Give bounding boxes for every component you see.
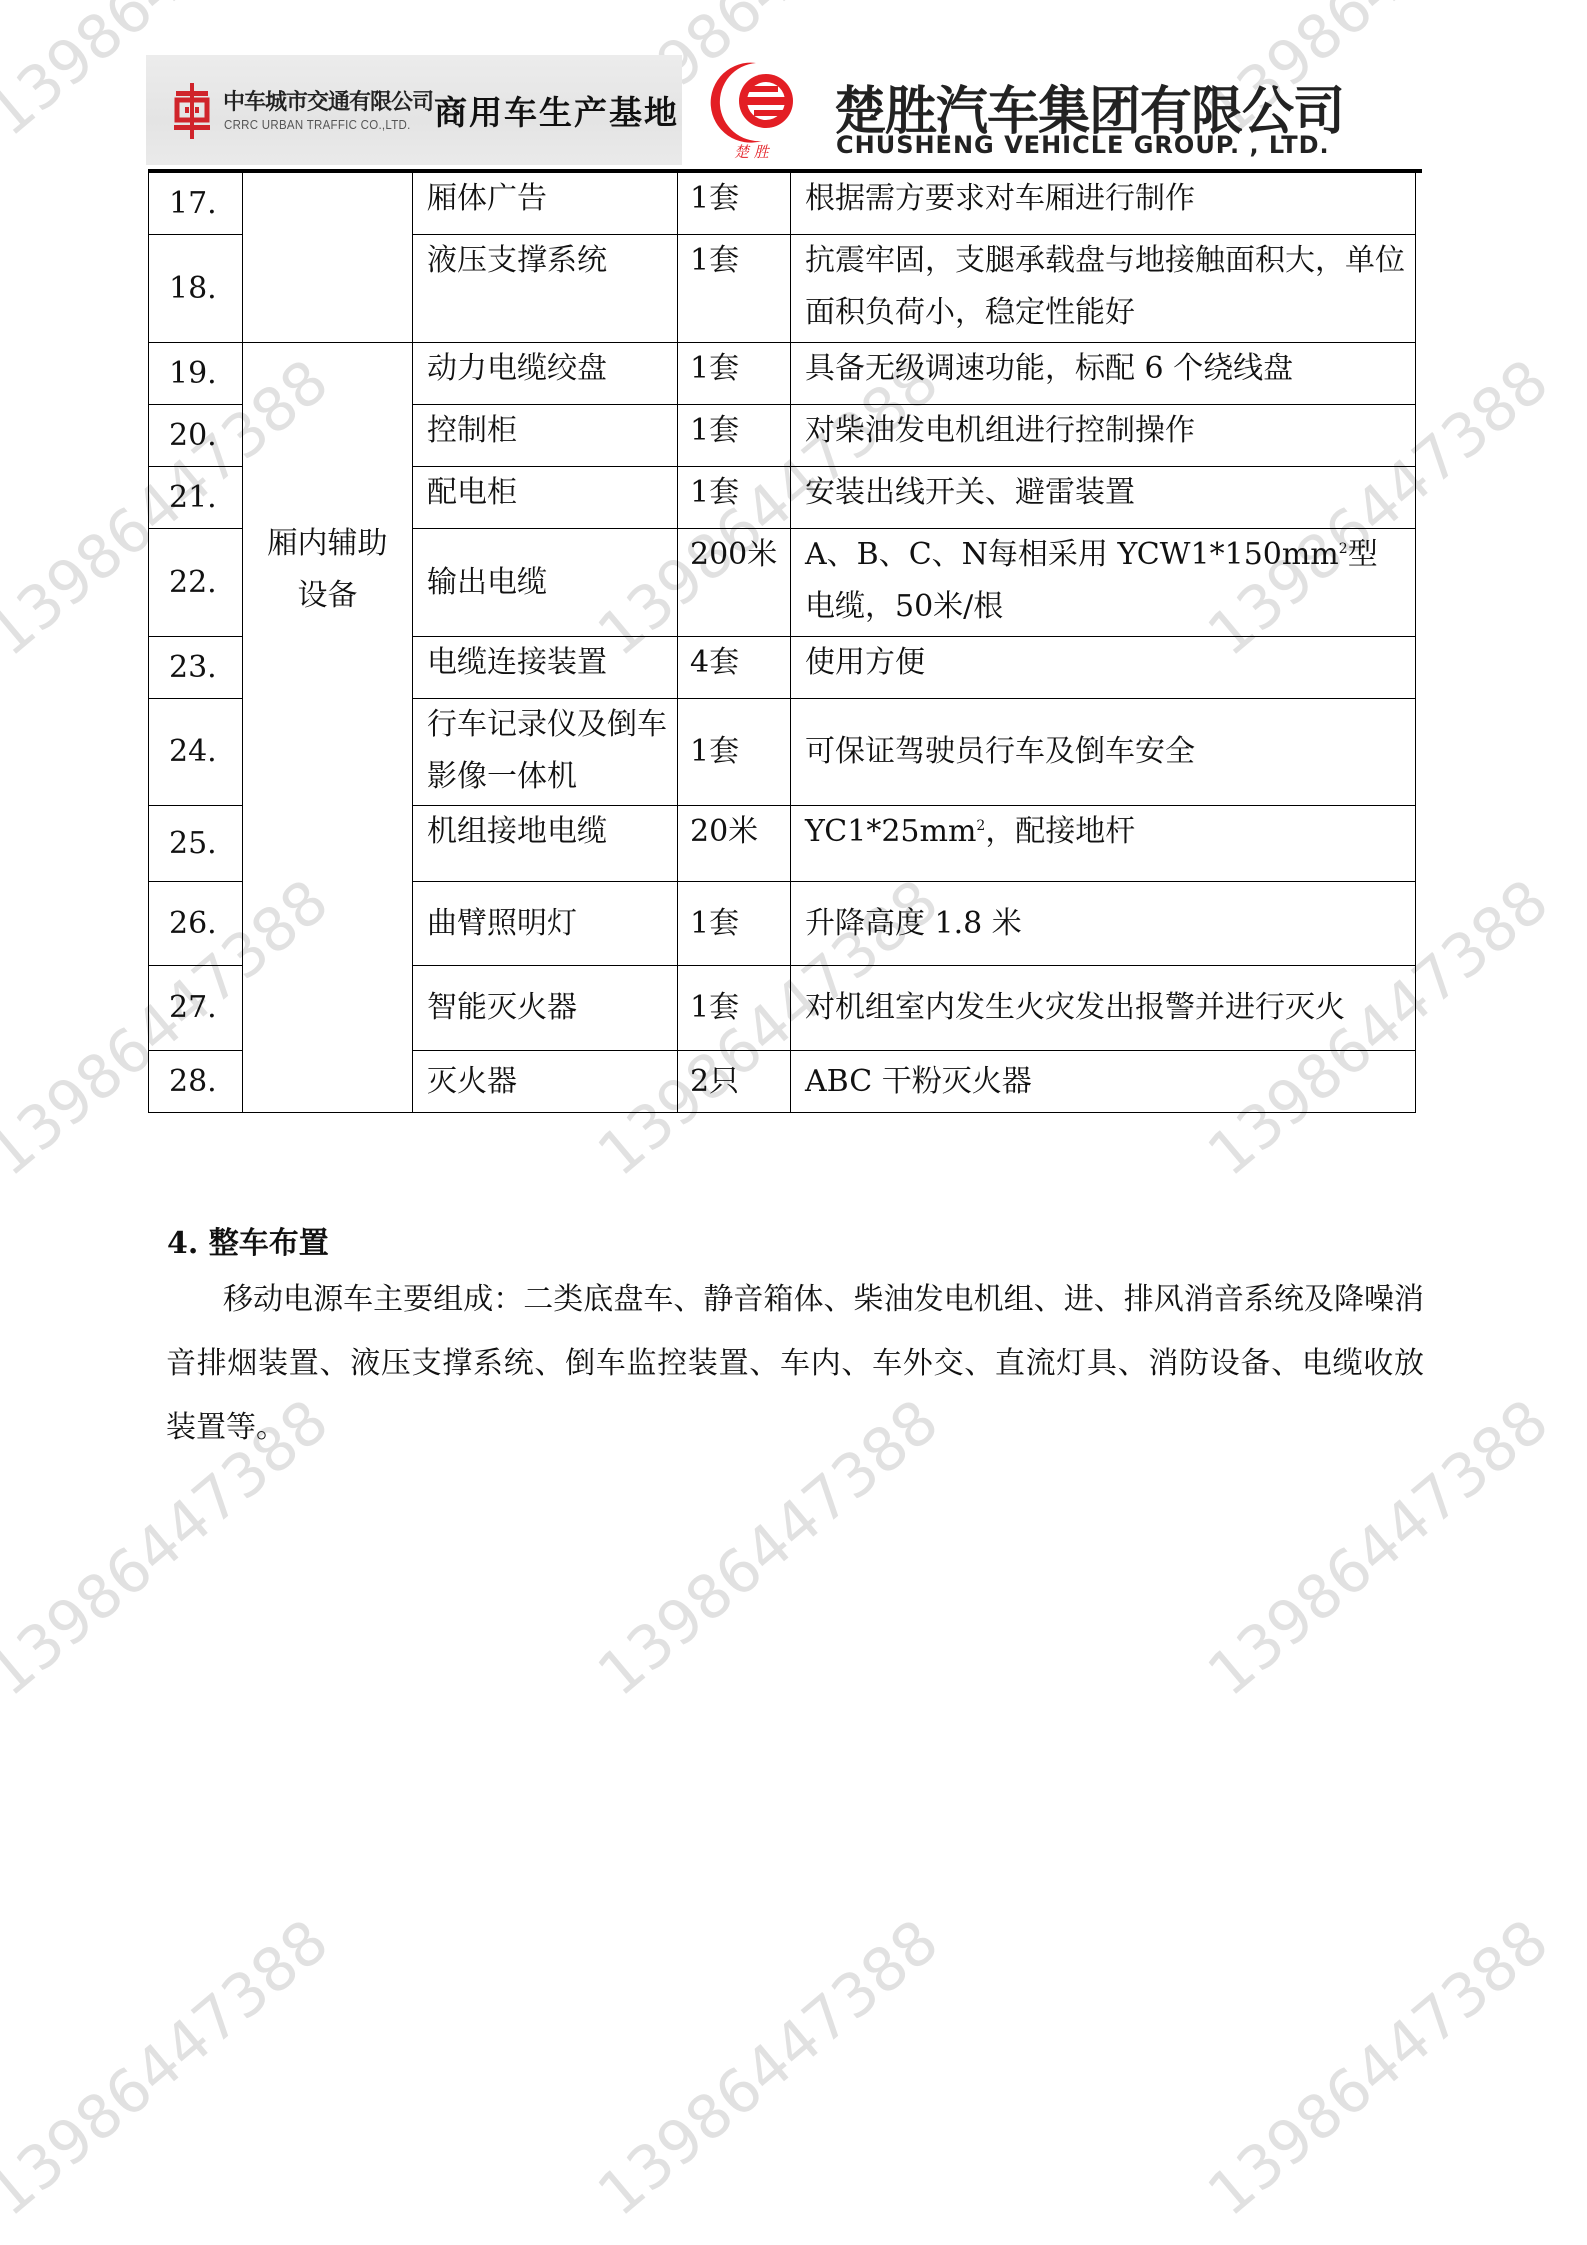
item-desc: 升降高度 1.8 米 [791,882,1416,966]
item-name: 灭火器 [413,1051,678,1113]
item-qty: 1套 [678,882,791,966]
item-name: 曲臂照明灯 [413,882,678,966]
row-number: 27. [149,966,243,1051]
item-qty: 1套 [678,966,791,1051]
row-number: 26. [149,882,243,966]
row-number: 23. [149,637,243,699]
chusheng-logo-caption: 楚 胜 [734,143,771,161]
item-qty: 1套 [678,235,791,343]
item-desc: 对柴油发电机组进行控制操作 [791,405,1416,467]
item-desc: ABC 干粉灭火器 [791,1051,1416,1113]
item-qty: 2只 [678,1051,791,1113]
row-number: 25. [149,806,243,882]
row-number: 22. [149,529,243,637]
item-desc: 对机组室内发生火灾发出报警并进行灭火 [791,966,1416,1051]
item-desc: 抗震牢固，支腿承载盘与地接触面积大，单位面积负荷小，稳定性能好 [791,235,1416,343]
item-name: 电缆连接装置 [413,637,678,699]
item-name: 控制柜 [413,405,678,467]
item-qty: 1套 [678,173,791,235]
item-qty: 1套 [678,699,791,806]
section-body: 移动电源车主要组成：二类底盘车、静音箱体、柴油发电机组、进、排风消音系统及降噪消… [166,1268,1424,1460]
item-name: 智能灭火器 [413,966,678,1051]
page-header: 中车城市交通有限公司 CRRC URBAN TRAFFIC CO.,LTD. 商… [146,55,1421,167]
item-qty: 1套 [678,343,791,405]
item-qty: 200米 [678,529,791,637]
table-row: 19. 厢内辅助 设备 动力电缆绞盘 1套 具备无级调速功能，标配 6 个绕线盘 [149,343,1416,405]
row-number: 17. [149,173,243,235]
crrc-company-name-en: CRRC URBAN TRAFFIC CO.,LTD. [224,118,411,132]
crrc-banner: 中车城市交通有限公司 CRRC URBAN TRAFFIC CO.,LTD. 商… [146,55,682,165]
item-qty: 1套 [678,405,791,467]
crrc-logo-icon [174,83,210,139]
item-name: 输出电缆 [413,529,678,637]
row-number: 21. [149,467,243,529]
item-desc: 使用方便 [791,637,1416,699]
section-heading: 4. 整车布置 [167,1218,329,1262]
row-number: 24. [149,699,243,806]
row-number: 20. [149,405,243,467]
table-row: 17. 厢体广告 1套 根据需方要求对车厢进行制作 [149,173,1416,235]
row-number: 18. [149,235,243,343]
chusheng-logo-icon: 楚 胜 [704,57,810,161]
item-name: 机组接地电缆 [413,806,678,882]
row-number: 19. [149,343,243,405]
item-desc: 具备无级调速功能，标配 6 个绕线盘 [791,343,1416,405]
item-name: 行车记录仪及倒车影像一体机 [413,699,678,806]
item-name: 液压支撑系统 [413,235,678,343]
item-name: 动力电缆绞盘 [413,343,678,405]
item-desc: 根据需方要求对车厢进行制作 [791,173,1416,235]
item-qty: 1套 [678,467,791,529]
item-name: 配电柜 [413,467,678,529]
item-desc: 安装出线开关、避雷装置 [791,467,1416,529]
group-label: 厢内辅助 设备 [243,518,412,622]
item-desc: 可保证驾驶员行车及倒车安全 [791,699,1416,806]
row-number: 28. [149,1051,243,1113]
group-cell-auxiliary: 厢内辅助 设备 [243,343,413,1113]
production-base-label: 商用车生产基地 [434,87,679,134]
equipment-table: 17. 厢体广告 1套 根据需方要求对车厢进行制作 18. 液压支撑系统 1套 … [148,172,1416,1113]
group-cell-empty [243,173,413,343]
item-desc: A、B、C、N每相采用 YCW1*150mm2型电缆，50米/根 [791,529,1416,637]
item-qty: 20米 [678,806,791,882]
chusheng-company-name-en: CHUSHENG VEHICLE GROUP. , LTD. [836,131,1330,159]
crrc-company-name: 中车城市交通有限公司 [223,85,433,116]
item-qty: 4套 [678,637,791,699]
item-name: 厢体广告 [413,173,678,235]
item-desc: YC1*25mm2，配接地杆 [791,806,1416,882]
